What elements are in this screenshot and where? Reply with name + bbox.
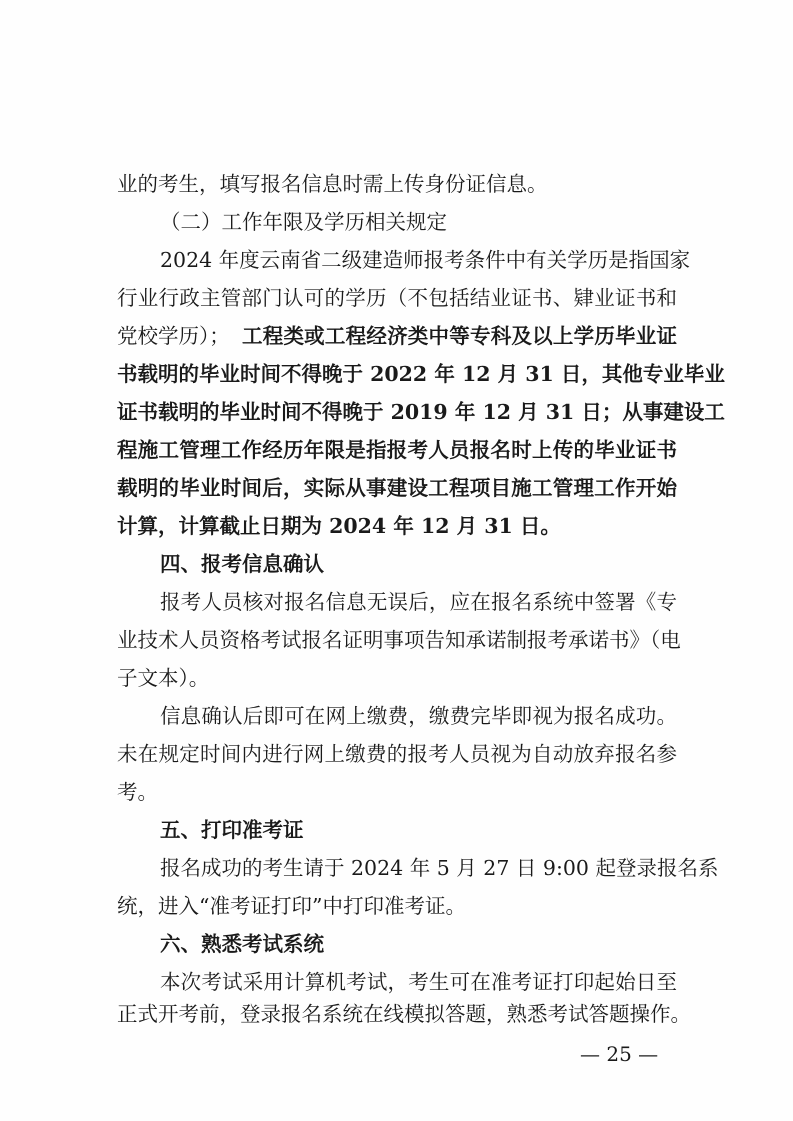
paragraph-line: 信息确认后即可在网上缴费，缴费完毕即视为报名成功。 [160, 702, 677, 730]
paragraph-line: 本次考试采用计算机考试，考生可在准考证打印起始日至 [160, 968, 677, 996]
paragraph-line: 统，进入“准考证打印”中打印准考证。 [117, 892, 677, 920]
bold-paragraph-line: 计算，计算截止日期为 2024 年 12 月 31 日。 [117, 512, 677, 540]
section-heading: 五、打印准考证 [160, 816, 677, 844]
paragraph-line: 报考人员核对报名信息无误后，应在报名系统中签署《专 [160, 588, 677, 616]
section-heading: 六、熟悉考试系统 [160, 930, 677, 958]
page-number: — 25 — [580, 1040, 658, 1068]
subsection-heading: （二）工作年限及学历相关规定 [160, 208, 677, 236]
section-heading: 四、报考信息确认 [160, 550, 677, 578]
bold-paragraph-line: 载明的毕业时间后，实际从事建设工程项目施工管理工作开始 [117, 474, 677, 502]
bold-paragraph-line: 书载明的毕业时间不得晚于 2022 年 12 月 31 日，其他专业毕业 [117, 360, 677, 388]
paragraph-line: 未在规定时间内进行网上缴费的报考人员视为自动放弃报名参 [117, 740, 677, 768]
paragraph-line: 子文本）。 [117, 664, 677, 692]
bold-paragraph-line: 工程类或工程经济类中等专科及以上学历毕业证 [242, 322, 677, 350]
paragraph-line: 业技术人员资格考试报名证明事项告知承诺制报考承诺书》（电 [117, 626, 677, 654]
paragraph-line: 报名成功的考生请于 2024 年 5 月 27 日 9:00 起登录报名系 [160, 854, 677, 882]
paragraph-line: 行业行政主管部门认可的学历（不包括结业证书、肄业证书和 [117, 284, 677, 312]
paragraph-line: 2024 年度云南省二级建造师报考条件中有关学历是指国家 [160, 246, 677, 274]
document-page: 业的考生，填写报名信息时需上传身份证信息。 （二）工作年限及学历相关规定 202… [0, 0, 793, 1121]
paragraph-line: 业的考生，填写报名信息时需上传身份证信息。 [117, 170, 677, 198]
paragraph-line: 考。 [117, 778, 677, 806]
bold-paragraph-line: 程施工管理工作经历年限是指报考人员报名时上传的毕业证书 [117, 436, 677, 464]
paragraph-line: 正式开考前，登录报名系统在线模拟答题，熟悉考试答题操作。 [117, 1000, 677, 1028]
bold-paragraph-line: 证书载明的毕业时间不得晚于 2019 年 12 月 31 日；从事建设工 [117, 398, 677, 426]
